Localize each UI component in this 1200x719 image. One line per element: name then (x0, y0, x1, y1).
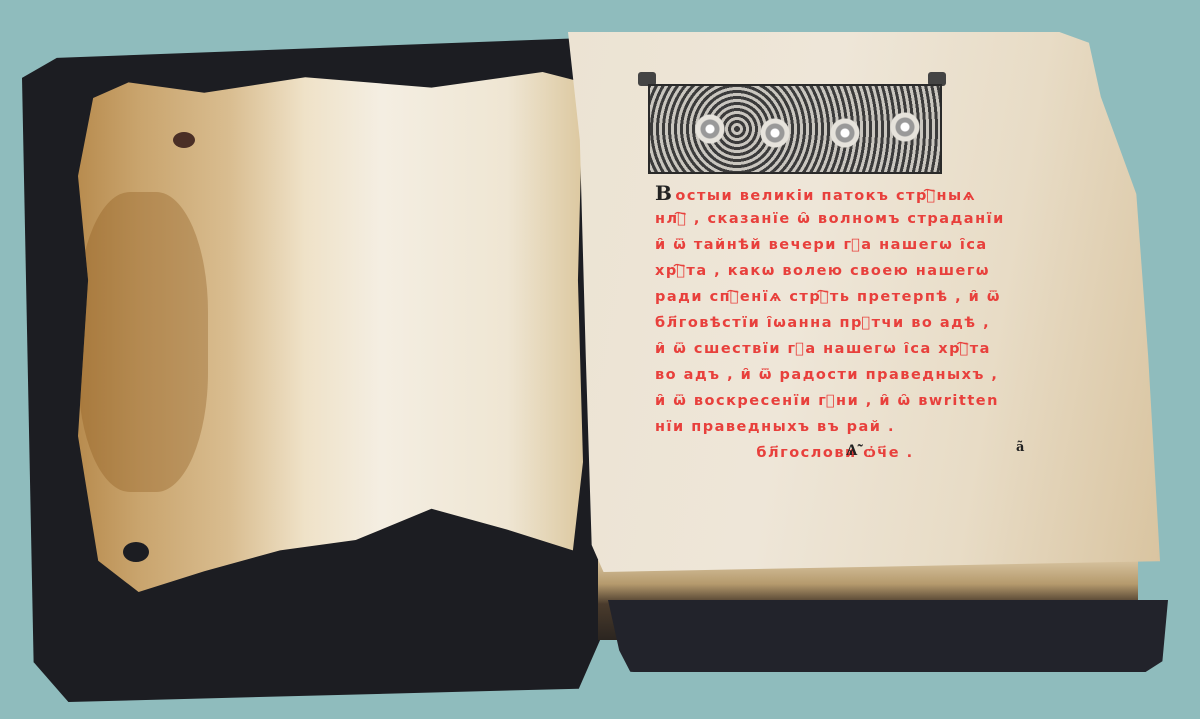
text-line-2: нлⷶ҇ , сказанїе ѡ̑ волномъ страданїи (655, 206, 1015, 232)
flower-ornament (830, 118, 860, 148)
hole (123, 542, 149, 562)
flower-ornament (890, 112, 920, 142)
flower-ornament (695, 114, 725, 144)
text-line-11: бл҃гослови ѻ҆ч҃е . (655, 440, 1015, 466)
right-cover-board (608, 600, 1168, 672)
folio-number: а̃ (1016, 440, 1024, 455)
rubricated-text: Востыи великіи патокъ стрⷭ҇ныѧ нлⷶ҇ , ск… (655, 180, 1015, 466)
text-line-7: и̑ ѿ сшествїи гⷣа нашегѡ і̑са хрⷭ҇та (655, 336, 1015, 362)
text-line-5: ради спⷭ҇енїѧ стрⷭ҇ть претерпѣ , и̑ ѿ (655, 284, 1015, 310)
text-line-1: Востыи великіи патокъ стрⷭ҇ныѧ (655, 180, 1015, 206)
text-line-3: и̑ ѿ тайнѣй вечери гⷣа нашегѡ і̑са (655, 232, 1015, 258)
open-book: Востыи великіи патокъ стрⷭ҇ныѧ нлⷶ҇ , ск… (0, 0, 1200, 719)
water-stain (78, 192, 208, 492)
text-line-9: и̑ ѿ воскресенїи гⷣни , и̑ ѡ̑ вwritten (655, 388, 1015, 414)
flower-ornament (760, 118, 790, 148)
text-line-8: во адъ , и̑ ѿ радости праведныхъ , (655, 362, 1015, 388)
text-line-6: бл҃говѣстїи і̑ѡанна прⷣтчи во адѣ , (655, 310, 1015, 336)
left-pastedown-page (78, 72, 583, 592)
signature-mark: Ѧ̃ (846, 440, 858, 460)
floral-headpiece (648, 84, 942, 174)
ink-stain (173, 132, 195, 148)
text-line-10: нїи праведныхъ въ рай . (655, 414, 1015, 440)
drop-initial: В (655, 181, 673, 205)
text-line-4: хрⷭ҇та , какѡ волею своею нашегѡ (655, 258, 1015, 284)
